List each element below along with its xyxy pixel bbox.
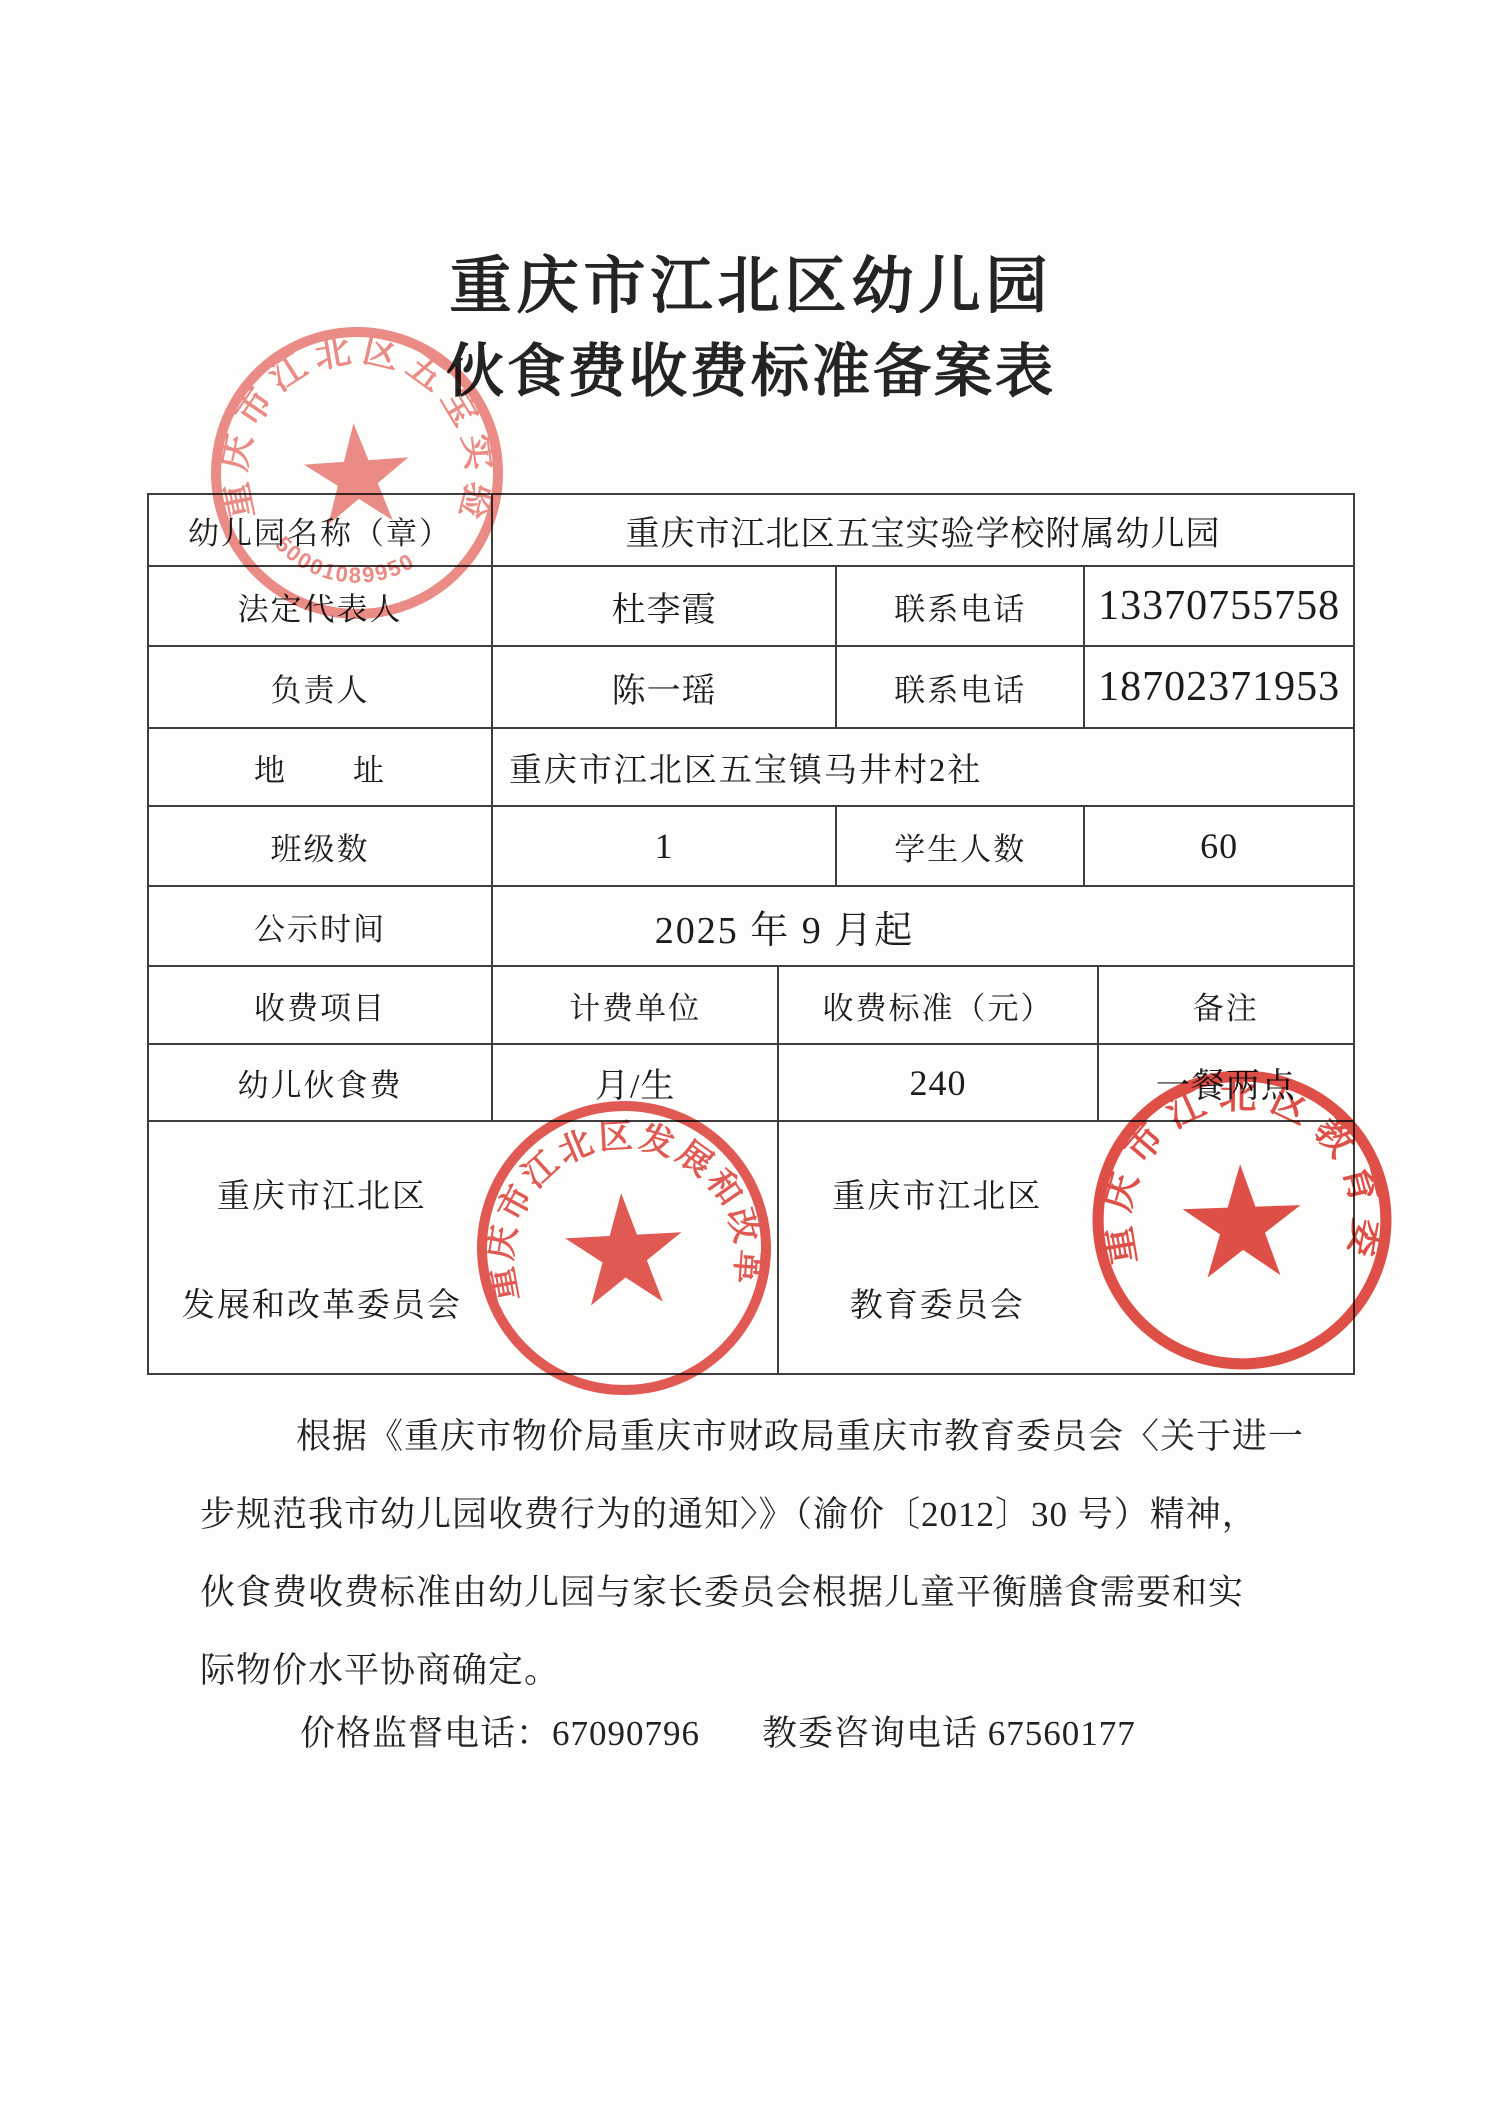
class-count-value: 1	[491, 807, 835, 885]
legal-rep-phone: 13370755758	[1083, 567, 1353, 645]
manager-label: 负责人	[149, 647, 491, 727]
price-supervision-phone: 价格监督电话：67090796	[300, 1706, 700, 1756]
note-line-2: 步规范我市幼儿园收费行为的通知〉》（渝价〔2012〕30 号）精神，	[200, 1476, 1410, 1554]
education-committee-name: 重庆市江北区 教育委员会	[779, 1170, 1094, 1326]
fee-item-header: 收费项目	[149, 967, 491, 1043]
publicity-time-value: 2025 年 9 月起	[491, 887, 1353, 965]
class-count-label: 班级数	[149, 807, 491, 885]
meal-fee-item: 幼儿伙食费	[149, 1045, 491, 1120]
table-row-fee-header: 收费项目 计费单位 收费标准（元） 备注	[149, 965, 1353, 1043]
table-row-meal-fee: 幼儿伙食费 月/生 240 一餐两点	[149, 1043, 1353, 1120]
dev-committee-line1: 重庆市江北区	[217, 1170, 427, 1217]
meal-fee-remark: 一餐两点	[1097, 1045, 1353, 1120]
form-title-line1: 重庆市江北区幼儿园	[147, 248, 1355, 326]
fee-remark-header: 备注	[1097, 967, 1353, 1043]
table-row-manager: 负责人 陈一瑶 联系电话 18702371953	[149, 645, 1353, 727]
student-count-label: 学生人数	[835, 807, 1083, 885]
table-row-classes: 班级数 1 学生人数 60	[149, 805, 1353, 885]
development-reform-committee-name: 重庆市江北区 发展和改革委员会	[149, 1170, 495, 1326]
edu-committee-line2: 教育委员会	[850, 1279, 1025, 1326]
fee-standard-header: 收费标准（元）	[777, 967, 1096, 1043]
legal-rep-phone-label: 联系电话	[835, 567, 1083, 645]
edu-phone-number: 67560177	[988, 1714, 1136, 1753]
address-label: 地 址	[149, 729, 491, 805]
student-count-value: 60	[1083, 807, 1353, 885]
price-phone-label: 价格监督电话：	[300, 1714, 552, 1753]
education-committee-cell: 重庆市江北区 教育委员会	[777, 1122, 1353, 1373]
table-row-committees: 重庆市江北区 发展和改革委员会 重庆市江北区 教育委员会	[149, 1120, 1353, 1373]
edu-phone-label: 教委咨询电话	[762, 1714, 988, 1753]
manager-phone: 18702371953	[1083, 647, 1353, 727]
note-line-3: 伙食费收费标准由幼儿园与家长委员会根据儿童平衡膳食需要和实	[200, 1554, 1410, 1632]
manager-name: 陈一瑶	[491, 647, 835, 727]
scanned-form-page: 重庆市江北区幼儿园 伙食费收费标准备案表 幼儿园名称（章） 重庆市江北区五宝实验…	[0, 0, 1488, 2103]
table-row-kindergarten-name: 幼儿园名称（章） 重庆市江北区五宝实验学校附属幼儿园	[149, 495, 1353, 565]
legal-rep-name: 杜李霞	[491, 567, 835, 645]
kindergarten-name-label: 幼儿园名称（章）	[149, 495, 491, 565]
supervision-phones-line: 价格监督电话：67090796 教委咨询电话 67560177	[300, 1706, 1136, 1756]
development-reform-committee-cell: 重庆市江北区 发展和改革委员会	[149, 1122, 777, 1373]
fee-unit-header: 计费单位	[491, 967, 778, 1043]
kindergarten-name-value: 重庆市江北区五宝实验学校附属幼儿园	[491, 495, 1353, 565]
table-row-publicity-time: 公示时间 2025 年 9 月起	[149, 885, 1353, 965]
publicity-time-label: 公示时间	[149, 887, 491, 965]
dev-committee-line2: 发展和改革委员会	[182, 1279, 462, 1326]
regulation-note-paragraph: 根据《重庆市物价局重庆市财政局重庆市教育委员会〈关于进一 步规范我市幼儿园收费行…	[200, 1398, 1410, 1710]
education-consult-phone: 教委咨询电话 67560177	[762, 1706, 1136, 1756]
table-row-address: 地 址 重庆市江北区五宝镇马井村2社	[149, 727, 1353, 805]
legal-rep-label: 法定代表人	[149, 567, 491, 645]
form-title-line2: 伙食费收费标准备案表	[147, 334, 1355, 410]
table-row-legal-rep: 法定代表人 杜李霞 联系电话 13370755758	[149, 565, 1353, 645]
form-title: 重庆市江北区幼儿园 伙食费收费标准备案表	[147, 248, 1355, 410]
manager-phone-label: 联系电话	[835, 647, 1083, 727]
price-phone-number: 67090796	[552, 1714, 700, 1753]
meal-fee-unit: 月/生	[491, 1045, 778, 1120]
note-line-4: 际物价水平协商确定。	[200, 1632, 1410, 1710]
edu-committee-line1: 重庆市江北区	[832, 1170, 1042, 1217]
note-line-1: 根据《重庆市物价局重庆市财政局重庆市教育委员会〈关于进一	[200, 1398, 1410, 1476]
filing-form-table: 幼儿园名称（章） 重庆市江北区五宝实验学校附属幼儿园 法定代表人 杜李霞 联系电…	[147, 493, 1355, 1375]
address-value: 重庆市江北区五宝镇马井村2社	[491, 729, 1353, 805]
meal-fee-standard: 240	[777, 1045, 1096, 1120]
